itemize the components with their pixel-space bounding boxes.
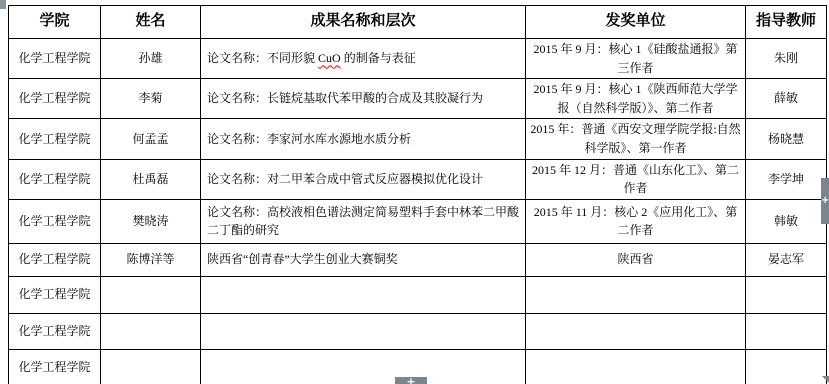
table-row: 化学工程学院 杜禹磊 论文名称：对二甲苯合成中管式反应器模拟优化设计 2015 … — [9, 159, 827, 199]
name-cell[interactable] — [101, 313, 201, 349]
award-cell[interactable] — [526, 349, 746, 384]
name-cell[interactable]: 孙雄 — [101, 39, 201, 79]
name-cell[interactable]: 陈博洋等 — [101, 243, 201, 276]
college-cell[interactable]: 化学工程学院 — [9, 349, 101, 384]
header-college: 学院 — [9, 6, 101, 39]
table-row: 化学工程学院 何孟孟 论文名称：李家河水库水源地水质分析 2015 年：普通《西… — [9, 119, 827, 159]
award-cell[interactable]: 2015 年：普通《西安文理学院学报:自然科学版》、第一作者 — [526, 119, 746, 159]
plus-icon: + — [821, 196, 829, 206]
achievements-table: 学院 姓名 成果名称和层次 发奖单位 指导教师 化学工程学院 孙雄 论文名称：不… — [8, 5, 827, 384]
achievement-text: 的制备与表征 — [341, 51, 416, 65]
college-cell[interactable]: 化学工程学院 — [9, 39, 101, 79]
achievement-text: 论文名称：不同形貌 — [207, 51, 318, 65]
achievement-cell[interactable] — [201, 349, 526, 384]
name-cell[interactable]: 杜禹磊 — [101, 159, 201, 199]
achievement-cell[interactable]: 论文名称：对二甲苯合成中管式反应器模拟优化设计 — [201, 159, 526, 199]
table-move-handle[interactable] — [0, 0, 6, 9]
name-cell[interactable]: 樊晓涛 — [101, 199, 201, 243]
college-cell[interactable]: 化学工程学院 — [9, 313, 101, 349]
teacher-cell[interactable]: 薛敏 — [746, 79, 827, 119]
table-row: 化学工程学院 陈博洋等 陕西省“创青春”大学生创业大赛铜奖 陕西省 晏志军 — [9, 243, 827, 276]
header-name: 姓名 — [101, 6, 201, 39]
college-cell[interactable]: 化学工程学院 — [9, 276, 101, 313]
award-cell[interactable]: 2015 年 9 月：核心 1《陕西师范大学学报（自然科学版）》、第二作者 — [526, 79, 746, 119]
award-cell[interactable]: 陕西省 — [526, 243, 746, 276]
teacher-cell[interactable]: 杨晓慧 — [746, 119, 827, 159]
award-cell[interactable] — [526, 313, 746, 349]
header-award-unit: 发奖单位 — [526, 6, 746, 39]
award-cell[interactable]: 2015 年 9 月：核心 1《硅酸盐通报》第三作者 — [526, 39, 746, 79]
achievement-cell[interactable]: 论文名称：李家河水库水源地水质分析 — [201, 119, 526, 159]
teacher-cell[interactable] — [746, 276, 827, 313]
award-cell[interactable]: 2015 年 12 月：普通《山东化工》、第二作者 — [526, 159, 746, 199]
name-cell[interactable] — [101, 349, 201, 384]
spellcheck-word: CuO — [318, 51, 341, 65]
college-cell[interactable]: 化学工程学院 — [9, 79, 101, 119]
name-cell[interactable]: 何孟孟 — [101, 119, 201, 159]
teacher-cell[interactable]: 朱刚 — [746, 39, 827, 79]
table-row: 化学工程学院 — [9, 276, 827, 313]
award-cell[interactable]: 2015 年 11 月：核心 2《应用化工》、第二作者 — [526, 199, 746, 243]
header-achievement: 成果名称和层次 — [201, 6, 526, 39]
achievement-cell[interactable] — [201, 276, 526, 313]
teacher-cell[interactable]: 李学坤 — [746, 159, 827, 199]
college-cell[interactable]: 化学工程学院 — [9, 159, 101, 199]
table-row: 化学工程学院 孙雄 论文名称：不同形貌 CuO 的制备与表征 2015 年 9 … — [9, 39, 827, 79]
college-cell[interactable]: 化学工程学院 — [9, 199, 101, 243]
table-row: 化学工程学院 — [9, 313, 827, 349]
college-cell[interactable]: 化学工程学院 — [9, 119, 101, 159]
resize-corner-handle[interactable] — [822, 376, 829, 383]
achievement-cell[interactable] — [201, 313, 526, 349]
name-cell[interactable] — [101, 276, 201, 313]
achievement-cell[interactable]: 论文名称：高校液相色谱法测定简易塑料手套中林苯二甲酸二丁酯的研究 — [201, 199, 526, 243]
insert-row-side-button[interactable]: + — [821, 178, 829, 224]
achievement-cell[interactable]: 论文名称：不同形貌 CuO 的制备与表征 — [201, 39, 526, 79]
insert-row-bottom-button[interactable]: + — [395, 377, 427, 384]
college-cell[interactable]: 化学工程学院 — [9, 243, 101, 276]
table-row: 化学工程学院 李菊 论文名称：长链烷基取代苯甲酸的合成及其胶凝行为 2015 年… — [9, 79, 827, 119]
teacher-cell[interactable] — [746, 313, 827, 349]
achievement-cell[interactable]: 陕西省“创青春”大学生创业大赛铜奖 — [201, 243, 526, 276]
achievement-cell[interactable]: 论文名称：长链烷基取代苯甲酸的合成及其胶凝行为 — [201, 79, 526, 119]
award-cell[interactable] — [526, 276, 746, 313]
teacher-cell[interactable]: 韩敏 — [746, 199, 827, 243]
plus-icon: + — [406, 377, 415, 384]
name-cell[interactable]: 李菊 — [101, 79, 201, 119]
teacher-cell[interactable]: 晏志军 — [746, 243, 827, 276]
teacher-cell[interactable] — [746, 349, 827, 384]
table-row: 化学工程学院 樊晓涛 论文名称：高校液相色谱法测定简易塑料手套中林苯二甲酸二丁酯… — [9, 199, 827, 243]
header-row: 学院 姓名 成果名称和层次 发奖单位 指导教师 — [9, 6, 827, 39]
header-teacher: 指导教师 — [746, 6, 827, 39]
